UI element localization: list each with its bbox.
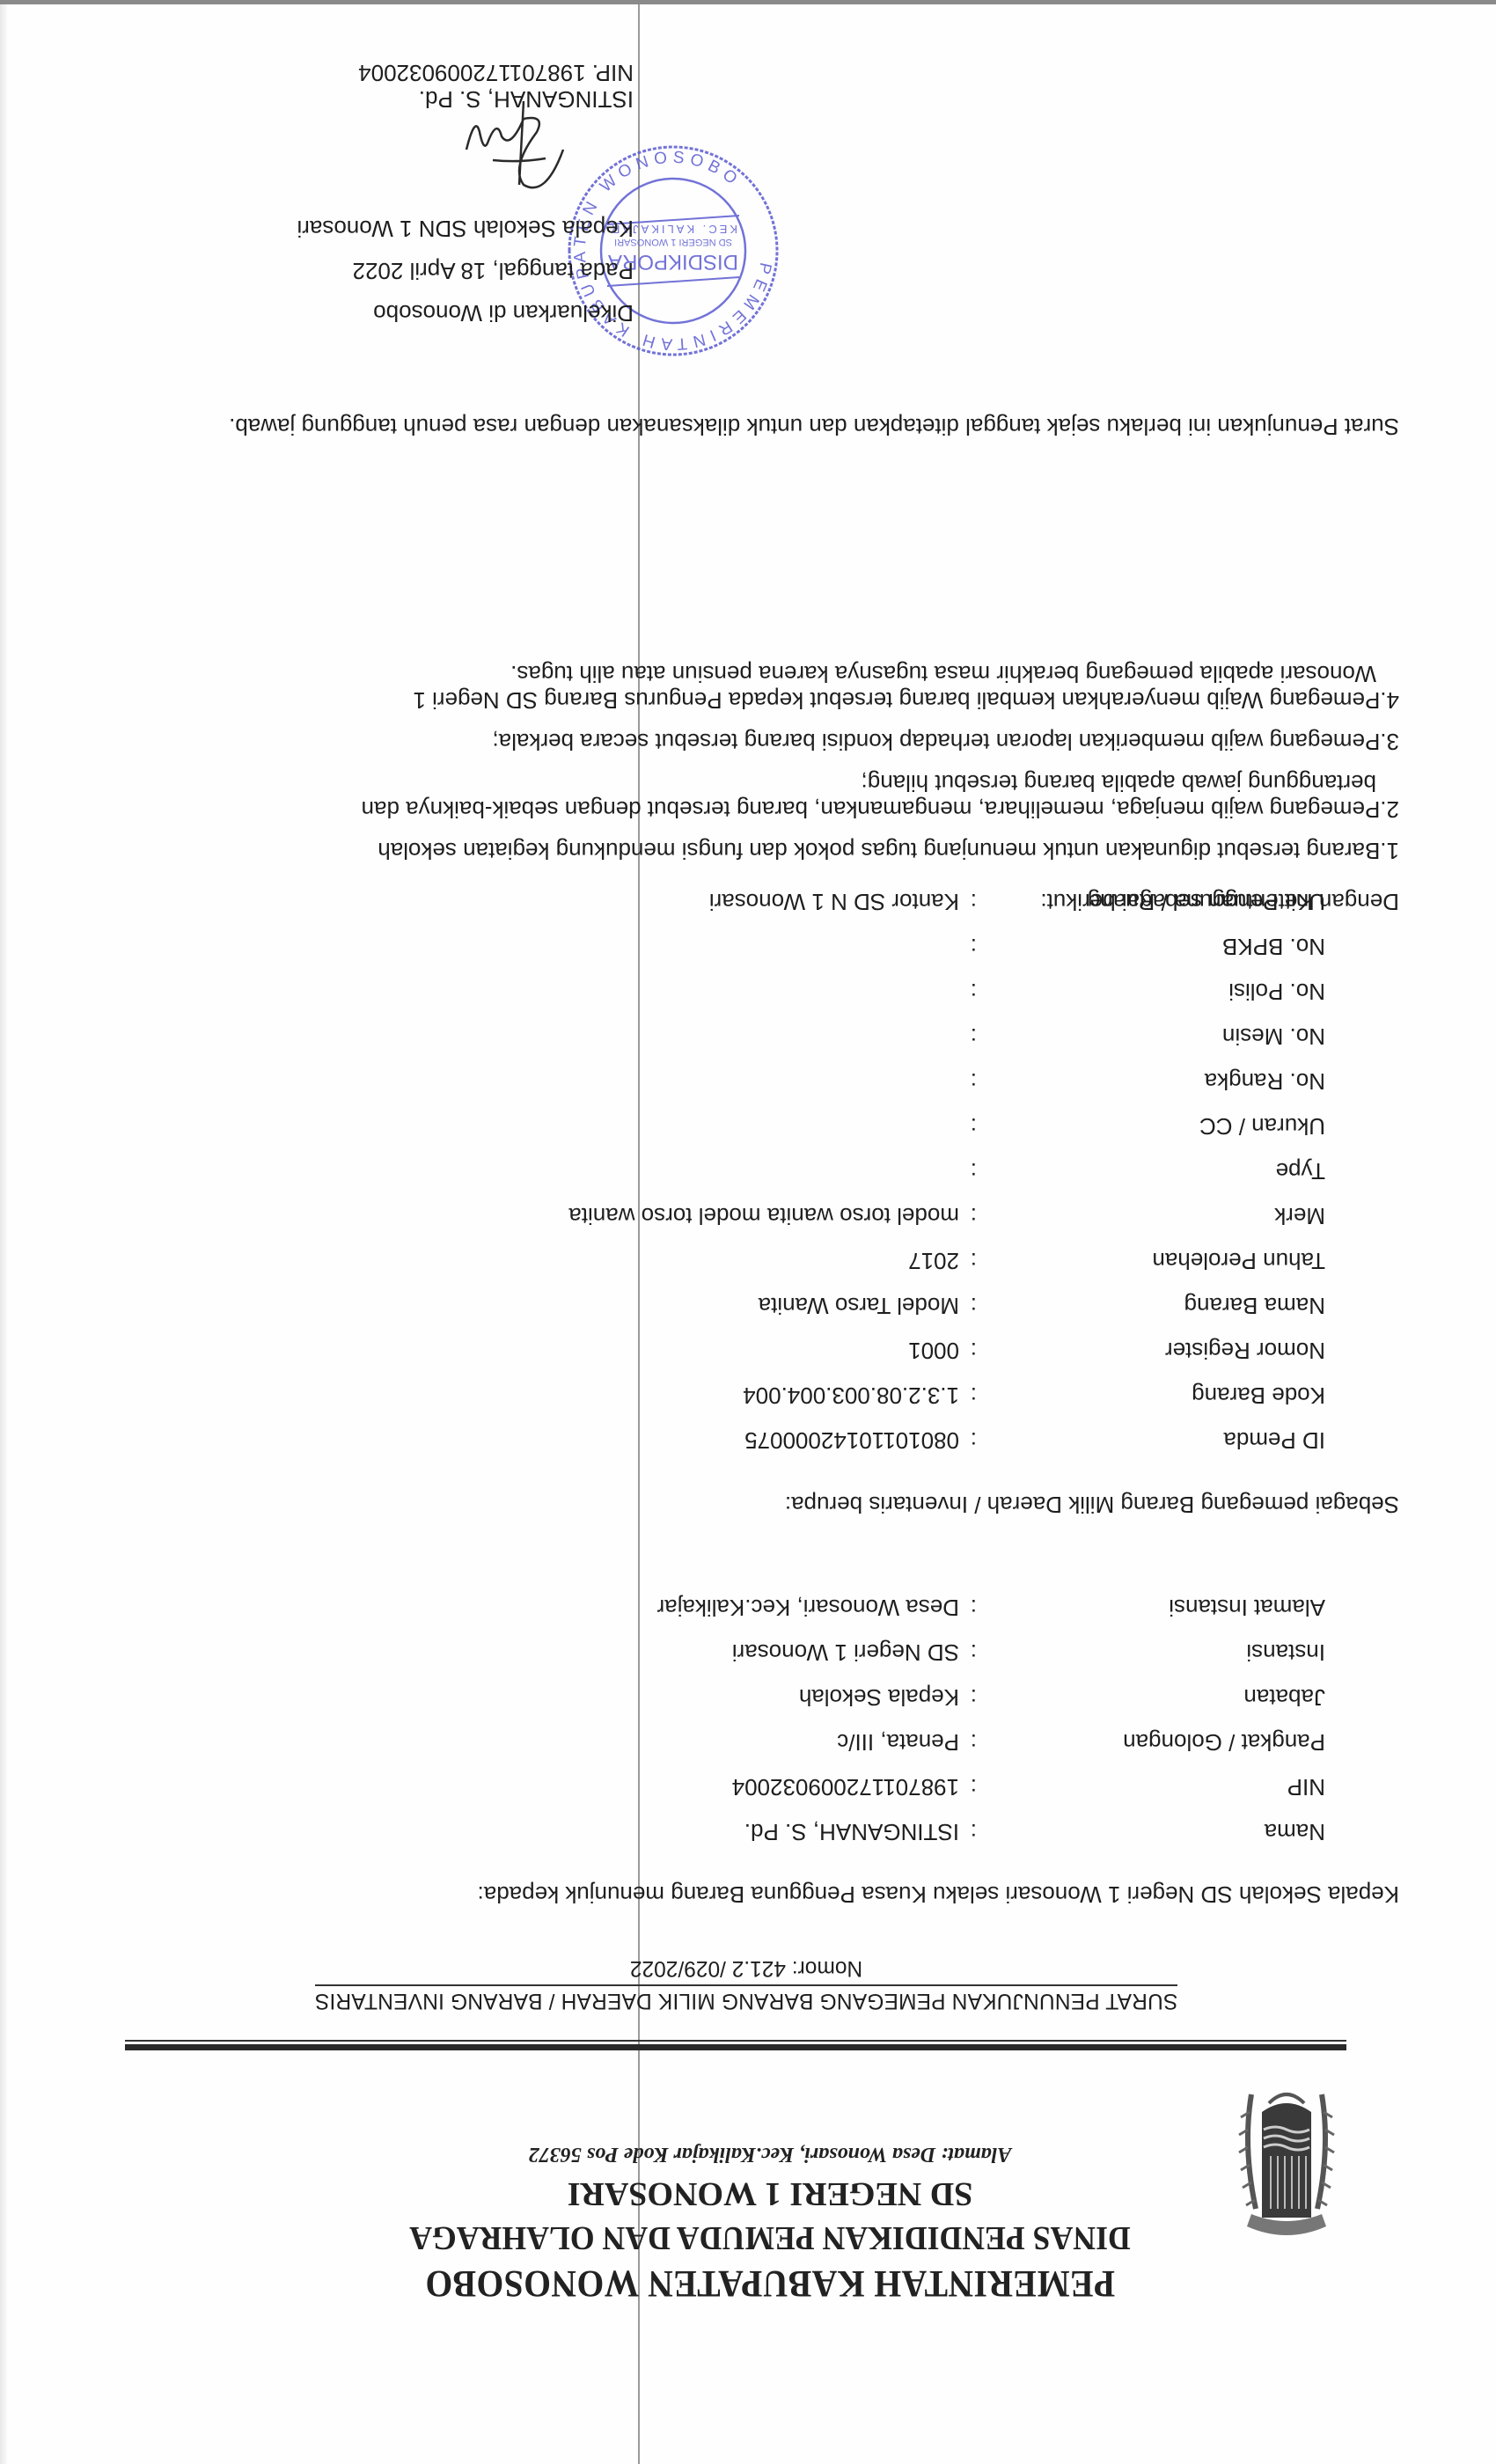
letterhead-rule bbox=[125, 2044, 1346, 2050]
provision-item: 4.Pemegang Wajib menyerahkan kembali bar… bbox=[185, 661, 1399, 714]
asset-label: Nama Barang bbox=[1184, 1292, 1325, 1319]
appointee-row: Nama:ISTINGANAH, S. Pd. bbox=[93, 1800, 1325, 1845]
letterhead-school: SD NEGERI 1 WONOSARI bbox=[308, 2172, 1232, 2216]
appointee-row: Alamat Instansi:Desa Wonosari, Kec.Kalik… bbox=[93, 1576, 1325, 1621]
appointee-label: Instansi bbox=[1246, 1639, 1325, 1666]
separator-colon: : bbox=[971, 978, 977, 1005]
provision-text-cont: bertanggung jawab apabila barang tersebu… bbox=[185, 770, 1399, 796]
appointee-value: Penata, III/c bbox=[837, 1728, 959, 1756]
asset-row: Ukuran / CC: bbox=[93, 1095, 1325, 1140]
letterhead-government: PEMERINTAH KABUPATEN WONOSOBO bbox=[345, 2260, 1195, 2306]
letter-heading: SURAT PENUNJUKAN PEMEGANG BARANG MILIK D… bbox=[315, 1984, 1178, 2013]
separator-colon: : bbox=[971, 1773, 977, 1800]
appointee-value: ISTINGANAH, S. Pd. bbox=[744, 1818, 959, 1845]
separator-colon: : bbox=[971, 1639, 977, 1666]
provisions-heading: Dengan Ketentuan sebagai berikut: bbox=[1040, 888, 1399, 915]
handwritten-signature-icon bbox=[449, 97, 572, 202]
asset-value: model torso wanita model torso wanita bbox=[568, 1202, 959, 1229]
asset-label: Tahun Perolehan bbox=[1152, 1247, 1325, 1274]
asset-label: No. Polisi bbox=[1228, 978, 1325, 1005]
appointee-value: Kepala Sekolah bbox=[799, 1683, 959, 1711]
letterhead-address: Alamat: Desa Wonosari, Kec.Kalikajar Kod… bbox=[308, 2138, 1232, 2170]
letter-title: SURAT PENUNJUKAN PEMEGANG BARANG MILIK D… bbox=[263, 1955, 1229, 2013]
asset-intro: Sebagai pemegang Barang Milik Daerah / I… bbox=[785, 1491, 1399, 1518]
asset-row: Tahun Perolehan:2017 bbox=[93, 1229, 1325, 1274]
asset-value: 080101101420000​75 bbox=[744, 1426, 959, 1454]
separator-colon: : bbox=[971, 1683, 977, 1711]
asset-label: No. Rangka bbox=[1205, 1067, 1325, 1095]
asset-label: Merk bbox=[1274, 1202, 1325, 1229]
asset-row: ID Pemda:080101101420000​75 bbox=[93, 1409, 1325, 1454]
appointee-details: Nama:ISTINGANAH, S. Pd.NIP:1987011720090… bbox=[93, 1576, 1325, 1845]
provisions-list: 1.Barang tersebut digunakan untuk menunj… bbox=[185, 646, 1399, 864]
separator-colon: : bbox=[971, 1247, 977, 1274]
provision-text: 2.Pemegang wajib menjaga, memelihara, me… bbox=[362, 796, 1399, 823]
appointee-label: NIP bbox=[1287, 1773, 1325, 1800]
separator-colon: : bbox=[971, 888, 977, 915]
asset-row: Merk:model torso wanita model torso wani… bbox=[93, 1184, 1325, 1229]
asset-row: No. Rangka: bbox=[93, 1050, 1325, 1095]
scanner-edge-bottom bbox=[0, 0, 1496, 4]
scanner-edge bbox=[0, 0, 7, 2464]
issued-date: Pada tanggal, 18 April 2022 bbox=[297, 250, 634, 292]
scanned-letter-page: PEMERINTAH KABUPATEN WONOSOBO DINAS PEND… bbox=[0, 0, 1496, 2464]
provision-text: 3.Pemegang wajib memberikan laporan terh… bbox=[492, 729, 1399, 755]
asset-row: No. Mesin: bbox=[93, 1005, 1325, 1050]
appointee-value: 198701172009032004 bbox=[732, 1773, 959, 1800]
separator-colon: : bbox=[971, 1426, 977, 1454]
separator-colon: : bbox=[971, 1023, 977, 1050]
separator-colon: : bbox=[971, 1818, 977, 1845]
separator-colon: : bbox=[971, 1112, 977, 1140]
asset-row: No. Polisi: bbox=[93, 960, 1325, 1005]
separator-colon: : bbox=[971, 1157, 977, 1184]
asset-details: ID Pemda:080101101420000​75Kode Barang:1… bbox=[93, 870, 1325, 1454]
provision-item: 3.Pemegang wajib memberikan laporan terh… bbox=[185, 729, 1399, 755]
intro-paragraph: Kepala Sekolah SD Negeri 1 Wonosari sela… bbox=[478, 1881, 1399, 1908]
appointee-row: Pangkat / Golongan:Penata, III/c bbox=[93, 1711, 1325, 1756]
closing-paragraph: Surat Penunjukan ini berlaku sejak tangg… bbox=[176, 414, 1399, 440]
separator-colon: : bbox=[971, 1728, 977, 1756]
asset-value: 2017 bbox=[908, 1247, 959, 1274]
wonosobo-regency-crest-icon bbox=[1234, 2077, 1339, 2244]
asset-value: Model Tarso Wanita bbox=[759, 1292, 959, 1319]
asset-label: No. BPKB bbox=[1222, 933, 1325, 960]
provision-text: 4.Pemegang Wajib menyerahkan kembali bar… bbox=[413, 687, 1399, 714]
asset-row: Type: bbox=[93, 1140, 1325, 1184]
appointee-label: Pangkat / Golongan bbox=[1123, 1728, 1325, 1756]
asset-label: Ukuran / CC bbox=[1199, 1112, 1325, 1140]
appointee-value: SD Negeri 1 Wonosari bbox=[732, 1639, 959, 1666]
asset-value: 1.3.2.08.003.004.004 bbox=[743, 1382, 959, 1409]
asset-row: Nomor Register:0001 bbox=[93, 1319, 1325, 1364]
separator-colon: : bbox=[971, 1337, 977, 1364]
appointee-row: Jabatan:Kepala Sekolah bbox=[93, 1666, 1325, 1711]
letterhead-rule-thin bbox=[125, 2040, 1346, 2042]
asset-label: Nomor Register bbox=[1165, 1337, 1325, 1364]
provision-item: 2.Pemegang wajib menjaga, memelihara, me… bbox=[185, 770, 1399, 823]
asset-value: 0001 bbox=[908, 1337, 959, 1364]
separator-colon: : bbox=[971, 1382, 977, 1409]
appointee-label: Jabatan bbox=[1243, 1683, 1325, 1711]
asset-label: ID Pemda bbox=[1223, 1426, 1325, 1454]
appointee-value: Desa Wonosari, Kec.Kalikajar bbox=[657, 1594, 959, 1621]
separator-colon: : bbox=[971, 1202, 977, 1229]
asset-label: Type bbox=[1276, 1157, 1325, 1184]
appointee-label: Nama bbox=[1265, 1818, 1325, 1845]
letterhead-department: DINAS PENDIDIKAN PEMUDA DAN OLAHRAGA bbox=[336, 2216, 1205, 2260]
provision-text: 1.Barang tersebut digunakan untuk menunj… bbox=[378, 838, 1399, 864]
appointee-row: NIP:198701172009032004 bbox=[93, 1756, 1325, 1800]
asset-value: Kantor SD N 1 Wonosari bbox=[709, 888, 959, 915]
signer-position: Kepala Sekolah SDN 1 Wonosari bbox=[297, 208, 634, 250]
letter-number: Nomor: 421.2 /029/2022 bbox=[263, 1955, 1229, 1981]
asset-label: Kode Barang bbox=[1192, 1382, 1325, 1409]
asset-label: No. Mesin bbox=[1222, 1023, 1325, 1050]
separator-colon: : bbox=[971, 1067, 977, 1095]
appointee-label: Alamat Instansi bbox=[1169, 1594, 1325, 1621]
issued-place: Dikeluarkan di Wonosobo bbox=[297, 292, 634, 334]
signer-nip: NIP. 198701172009032004 bbox=[297, 60, 634, 86]
separator-colon: : bbox=[971, 1292, 977, 1319]
provision-text-cont: Wonosari apabila pemegang berakhir masa … bbox=[185, 661, 1399, 687]
separator-colon: : bbox=[971, 1594, 977, 1621]
asset-row: Kode Barang:1.3.2.08.003.004.004 bbox=[93, 1364, 1325, 1409]
separator-colon: : bbox=[971, 933, 977, 960]
asset-row: No. BPKB: bbox=[93, 915, 1325, 960]
provision-item: 1.Barang tersebut digunakan untuk menunj… bbox=[185, 838, 1399, 864]
asset-row: Nama Barang:Model Tarso Wanita bbox=[93, 1274, 1325, 1319]
appointee-row: Instansi:SD Negeri 1 Wonosari bbox=[93, 1621, 1325, 1666]
letterhead: PEMERINTAH KABUPATEN WONOSOBO DINAS PEND… bbox=[308, 2138, 1232, 2306]
